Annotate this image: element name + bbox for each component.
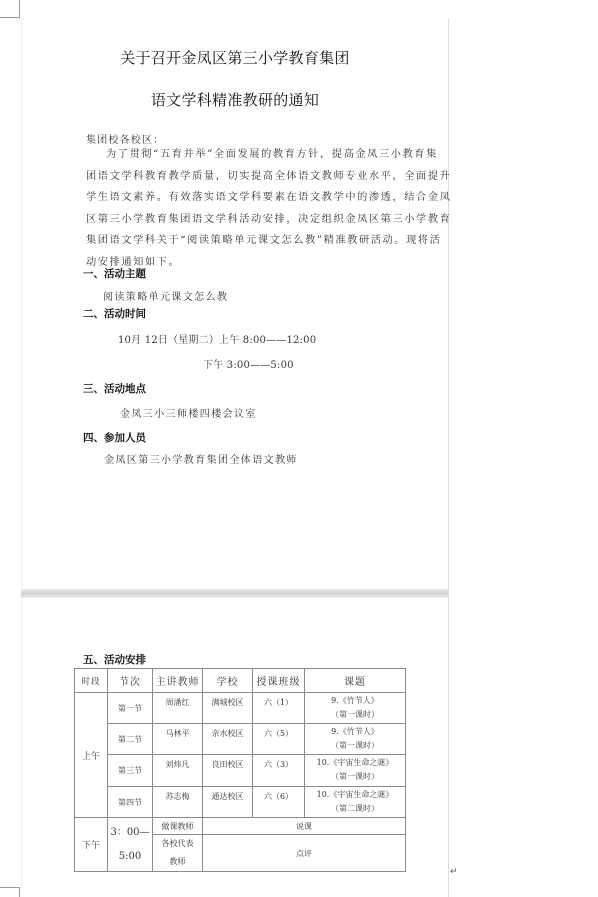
body-line: 为了贯彻“五育并举”全面发展的教育方针，提高金凤三小教育集	[106, 144, 438, 166]
teacher-cell: 刘炜凡	[153, 755, 203, 787]
activity-cell: 点评	[203, 835, 406, 872]
topic-cell: 9.《竹节人》 （第一课时）	[305, 693, 406, 724]
afternoon-time-cell: 3：00— 5:00	[108, 818, 153, 872]
afternoon-label: 下午	[75, 818, 108, 872]
teacher-cell: 周潘红	[153, 693, 203, 724]
document-title-line-1: 关于召开金凤区第三小学教育集团	[21, 47, 449, 68]
period-cell: 第一节	[108, 693, 153, 724]
table-header-row: 时段 节次 主讲教师 学校 授课班级 课题	[75, 669, 406, 693]
school-cell: 通达校区	[203, 787, 253, 818]
topic-cell: 10.《宇宙生命之谜》 （第一课时）	[305, 755, 406, 787]
section-heading-participants: 四、参加人员	[83, 430, 146, 445]
teacher-cell: 苏志梅	[153, 787, 203, 818]
afternoon-time-start: 3：00—	[108, 821, 152, 845]
topic-lesson: （第二课时）	[305, 802, 405, 816]
topic-title: 9.《竹节人》	[305, 725, 405, 739]
header-class: 授课班级	[253, 669, 305, 693]
paragraph-return-mark: ↵	[450, 867, 458, 877]
table-row: 第二节 马林平 亲水校区 六（5） 9.《竹节人》 （第一课时）	[75, 724, 406, 755]
topic-lesson: （第一课时）	[305, 739, 405, 753]
section-content-time-afternoon: 下午 3:00——5:00	[203, 356, 294, 371]
table-row: 上午 第一节 周潘红 满城校区 六（1） 9.《竹节人》 （第一课时）	[75, 693, 406, 724]
header-school: 学校	[203, 669, 253, 693]
section-content-theme: 阅读策略单元课文怎么教	[103, 288, 228, 303]
schedule-table: 时段 节次 主讲教师 学校 授课班级 课题 上午 第一节 周潘红 满城校区 六（…	[74, 668, 406, 872]
period-cell: 第三节	[108, 755, 153, 787]
topic-title: 9.《竹节人》	[305, 694, 405, 708]
class-cell: 六（3）	[253, 755, 305, 787]
topic-lesson: （第一课时）	[305, 770, 405, 784]
topic-title: 10.《宇宙生命之谜》	[305, 788, 405, 802]
teacher-cell: 马林平	[153, 724, 203, 755]
body-line: 学生语文素养。有效落实语文学科要素在语文教学中的渗透，结合金凤	[86, 187, 451, 209]
section-heading-location: 三、活动地点	[83, 381, 146, 396]
topic-title: 10.《宇宙生命之谜》	[305, 756, 405, 770]
header-topic: 课题	[305, 669, 406, 693]
page2-right-edge	[448, 597, 449, 897]
period-cell: 第二节	[108, 724, 153, 755]
section-heading-theme: 一、活动主题	[83, 266, 146, 281]
body-line: 集团语文学科关于“阅读策略单元课文怎么教”精准教研活动。现将活	[86, 230, 441, 252]
section-heading-schedule: 五、活动安排	[83, 652, 146, 667]
page-break-separator	[21, 589, 449, 598]
page-corner-mark-bottom	[0, 887, 20, 897]
topic-cell: 10.《宇宙生命之谜》 （第二课时）	[305, 787, 406, 818]
header-period: 节次	[108, 669, 153, 693]
school-cell: 良田校区	[203, 755, 253, 787]
class-cell: 六（6）	[253, 787, 305, 818]
page2-left-edge	[21, 597, 22, 897]
who-line: 教师	[153, 853, 202, 871]
activity-cell: 说课	[203, 818, 406, 835]
topic-lesson: （第一课时）	[305, 708, 405, 722]
who-line: 各校代表	[153, 835, 202, 853]
afternoon-time-end: 5:00	[108, 845, 152, 869]
table-row: 第四节 苏志梅 通达校区 六（6） 10.《宇宙生命之谜》 （第二课时）	[75, 787, 406, 818]
topic-cell: 9.《竹节人》 （第一课时）	[305, 724, 406, 755]
table-row: 第三节 刘炜凡 良田校区 六（3） 10.《宇宙生命之谜》 （第一课时）	[75, 755, 406, 787]
school-cell: 满城校区	[203, 693, 253, 724]
section-heading-time: 二、活动时间	[83, 306, 146, 321]
who-cell: 做课教师	[153, 818, 203, 835]
class-cell: 六（1）	[253, 693, 305, 724]
who-cell: 各校代表 教师	[153, 835, 203, 872]
period-cell: 第四节	[108, 787, 153, 818]
class-cell: 六（5）	[253, 724, 305, 755]
table-row: 下午 3：00— 5:00 做课教师 说课	[75, 818, 406, 835]
morning-label: 上午	[75, 693, 108, 818]
document-title-line-2: 语文学科精准教研的通知	[21, 89, 449, 110]
page-corner-mark-top	[0, 0, 20, 18]
header-teacher: 主讲教师	[153, 669, 203, 693]
body-line: 区第三小学教育集团语文学科活动安排，决定组织金凤区第三小学教育	[86, 209, 451, 231]
school-cell: 亲水校区	[203, 724, 253, 755]
body-line: 团语文学科教育教学质量，切实提高全体语文教师专业水平，全面提升	[86, 166, 451, 188]
section-content-time-morning: 10月 12日（星期二）上午 8:00——12:00	[118, 331, 316, 346]
section-content-participants: 金凤区第三小学教育集团全体语文教师	[104, 451, 298, 466]
section-content-location: 金凤三小三师楼四楼会议室	[120, 405, 257, 420]
header-time-slot: 时段	[75, 669, 108, 693]
